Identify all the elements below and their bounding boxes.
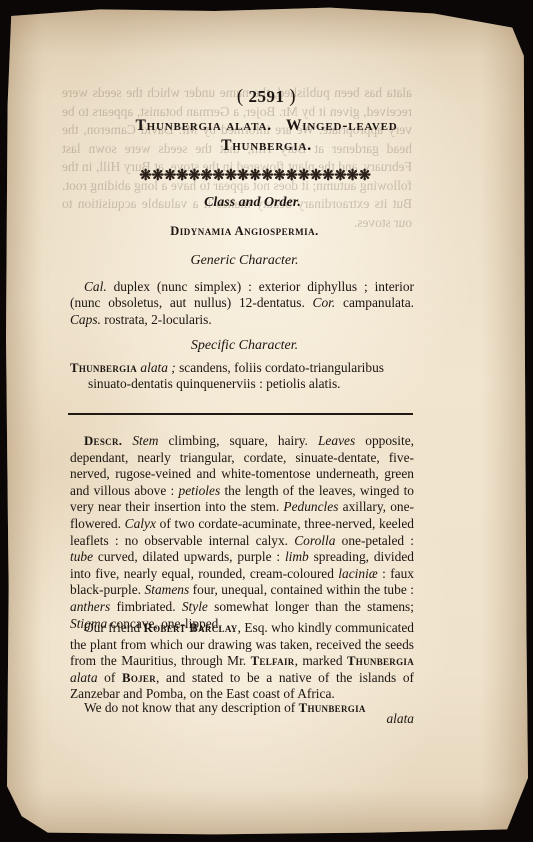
text-segment: four, unequal, contained within the tube… — [189, 582, 414, 597]
text-segment: Stamens — [145, 582, 190, 597]
title-common-name: Winged-leaved — [286, 117, 398, 134]
text-segment: tube — [70, 549, 93, 564]
text-segment: somewhat longer than the stamens; — [208, 599, 414, 614]
text-segment: rostrata, 2-locularis. — [101, 312, 212, 327]
text-segment: of — [98, 670, 122, 685]
asterisk-ornament-divider: ❋❋❋❋❋❋❋❋❋❋❋❋❋❋❋❋❋❋❋ — [135, 166, 375, 185]
generic-character-text: Cal. duplex (nunc simplex) : exterior di… — [70, 279, 414, 328]
text-segment: Cor. — [313, 295, 336, 310]
plate-number-close-paren: ) — [289, 86, 296, 107]
page-title-line-2: Thunbergia. — [0, 137, 533, 155]
specific-character-heading: Specific Character. — [0, 338, 511, 354]
text-segment: curved, dilated upwards, purple : — [93, 549, 285, 564]
catchword: alata — [356, 711, 414, 727]
scanned-page: alata has been published, the name under… — [0, 0, 533, 842]
text-segment: limb — [285, 549, 309, 564]
text-segment: Leaves — [318, 433, 355, 448]
text-segment: Stem — [132, 433, 158, 448]
text-segment: anthers — [70, 599, 110, 614]
plate-number-open-paren: ( — [237, 86, 244, 107]
text-segment: laciniæ — [338, 566, 377, 581]
description-paragraph: Descr. Stem climbing, square, hairy. Lea… — [70, 433, 414, 632]
class-and-order-value: Didynamia Angiospermia. — [0, 224, 511, 239]
text-segment: Caps. — [70, 312, 101, 327]
horizontal-rule — [68, 413, 413, 415]
text-segment: Robert Barclay — [144, 621, 238, 635]
text-segment: We do not know that any description of — [84, 700, 299, 715]
text-segment: Telfair — [251, 654, 295, 668]
page-title-line-1: Thunbergia alata. Winged-leaved — [0, 117, 533, 135]
text-segment: Descr. — [84, 434, 122, 448]
text-segment: one-petaled : — [335, 533, 414, 548]
title-latin-name: Thunbergia alata. — [136, 117, 272, 134]
text-segment — [122, 433, 132, 448]
text-segment: petioles — [179, 483, 221, 498]
text-segment: Style — [182, 599, 208, 614]
text-segment: Bojer — [122, 671, 156, 685]
generic-character-heading: Generic Character. — [0, 253, 511, 269]
specific-genus-name: Thunbergia — [70, 361, 137, 375]
plate-number: ( 2591 ) — [0, 86, 533, 108]
specific-character-line-2: sinuato-dentatis quinquenerviis : petiol… — [70, 376, 414, 392]
class-and-order-heading: Class and Order. — [0, 195, 519, 211]
text-segment: Corolla — [294, 533, 335, 548]
text-segment: Our friend — [84, 620, 144, 635]
text-segment: fimbriated. — [110, 599, 182, 614]
text-segment: alata — [70, 670, 98, 685]
specific-character-text: Thunbergia alata ; scandens, foliis cord… — [70, 360, 414, 393]
plate-number-value: 2591 — [249, 87, 285, 106]
text-segment: Calyx — [125, 516, 156, 531]
text-segment: Thunbergia — [347, 654, 414, 668]
text-segment: campanulata. — [335, 295, 414, 310]
text-segment: Cal. — [84, 279, 107, 294]
provenance-paragraph: Our friend Robert Barclay, Esq. who kind… — [70, 620, 414, 703]
text-segment: climbing, square, hairy. — [158, 433, 318, 448]
page-content: ( 2591 ) Thunbergia alata. Winged-leaved… — [0, 0, 533, 842]
specific-character-line-1: scandens, foliis cordato-triangularibus — [176, 360, 384, 375]
text-segment: Peduncles — [283, 499, 338, 514]
specific-species-name: alata ; — [140, 360, 175, 375]
text-segment: , marked — [295, 653, 347, 668]
